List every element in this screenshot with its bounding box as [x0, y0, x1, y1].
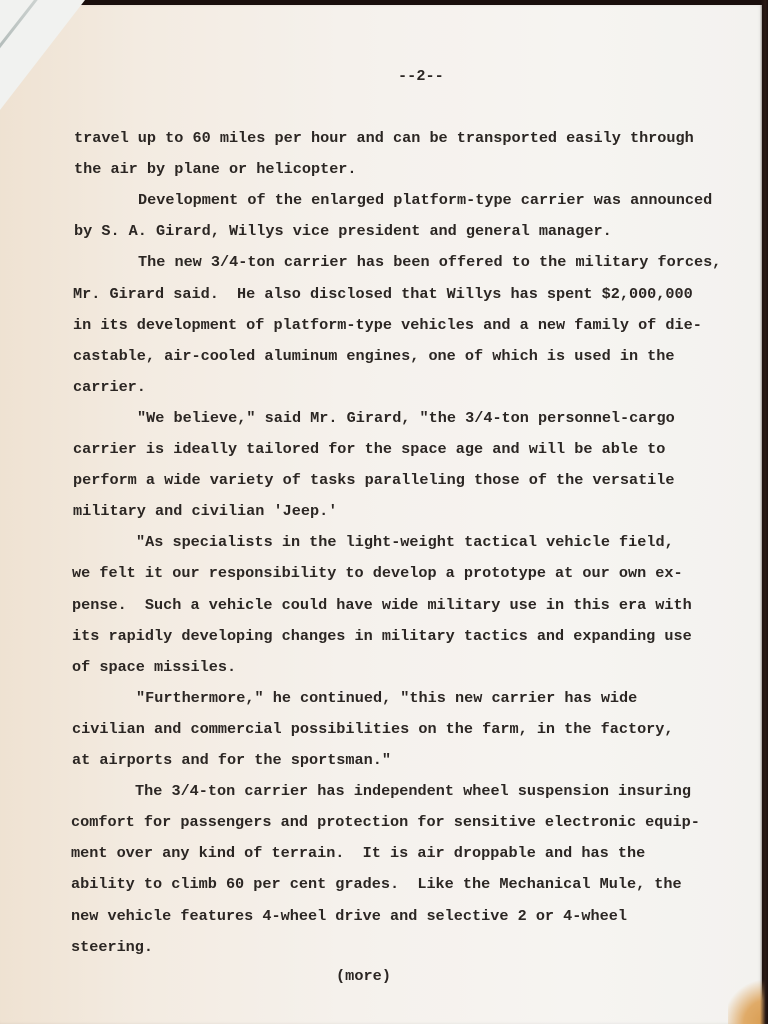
folded-corner	[0, 0, 85, 110]
text-line: The new 3/4-ton carrier has been offered…	[138, 253, 721, 271]
text-line: "As specialists in the light-weight tact…	[136, 533, 674, 551]
text-line: carrier.	[73, 378, 146, 396]
text-line: its rapidly developing changes in milita…	[72, 627, 692, 645]
text-line: new vehicle features 4-wheel drive and s…	[71, 907, 627, 925]
text-line: travel up to 60 miles per hour and can b…	[74, 129, 694, 147]
text-line: civilian and commercial possibilities on…	[72, 720, 674, 738]
text-line: ability to climb 60 per cent grades. Lik…	[71, 875, 682, 893]
typewritten-page: --2-- travel up to 60 miles per hour and…	[0, 5, 762, 1024]
photo-stage: --2-- travel up to 60 miles per hour and…	[0, 0, 768, 1024]
text-line: castable, air-cooled aluminum engines, o…	[73, 347, 675, 365]
text-line: the air by plane or helicopter.	[74, 160, 357, 178]
page-edge-shadow	[760, 0, 768, 1024]
text-line: ment over any kind of terrain. It is air…	[71, 844, 645, 862]
text-line: we felt it our responsibility to develop…	[72, 564, 683, 582]
text-line: carrier is ideally tailored for the spac…	[73, 440, 665, 458]
continuation-marker: (more)	[336, 967, 391, 985]
text-line: steering.	[71, 938, 153, 956]
text-line: in its development of platform-type vehi…	[73, 316, 702, 334]
text-line: The 3/4-ton carrier has independent whee…	[135, 782, 691, 800]
text-line: "Furthermore," he continued, "this new c…	[136, 689, 637, 707]
text-line: at airports and for the sportsman."	[72, 751, 391, 769]
text-line: military and civilian 'Jeep.'	[73, 502, 337, 520]
text-line: perform a wide variety of tasks parallel…	[73, 471, 675, 489]
text-line: pense. Such a vehicle could have wide mi…	[72, 596, 692, 614]
text-line: comfort for passengers and protection fo…	[71, 813, 700, 831]
page-number: --2--	[398, 67, 444, 85]
text-line: of space missiles.	[72, 658, 236, 676]
text-line: Development of the enlarged platform-typ…	[138, 191, 712, 209]
text-line: Mr. Girard said. He also disclosed that …	[73, 285, 693, 303]
text-line: "We believe," said Mr. Girard, "the 3/4-…	[137, 409, 675, 427]
text-line: by S. A. Girard, Willys vice president a…	[74, 222, 612, 240]
